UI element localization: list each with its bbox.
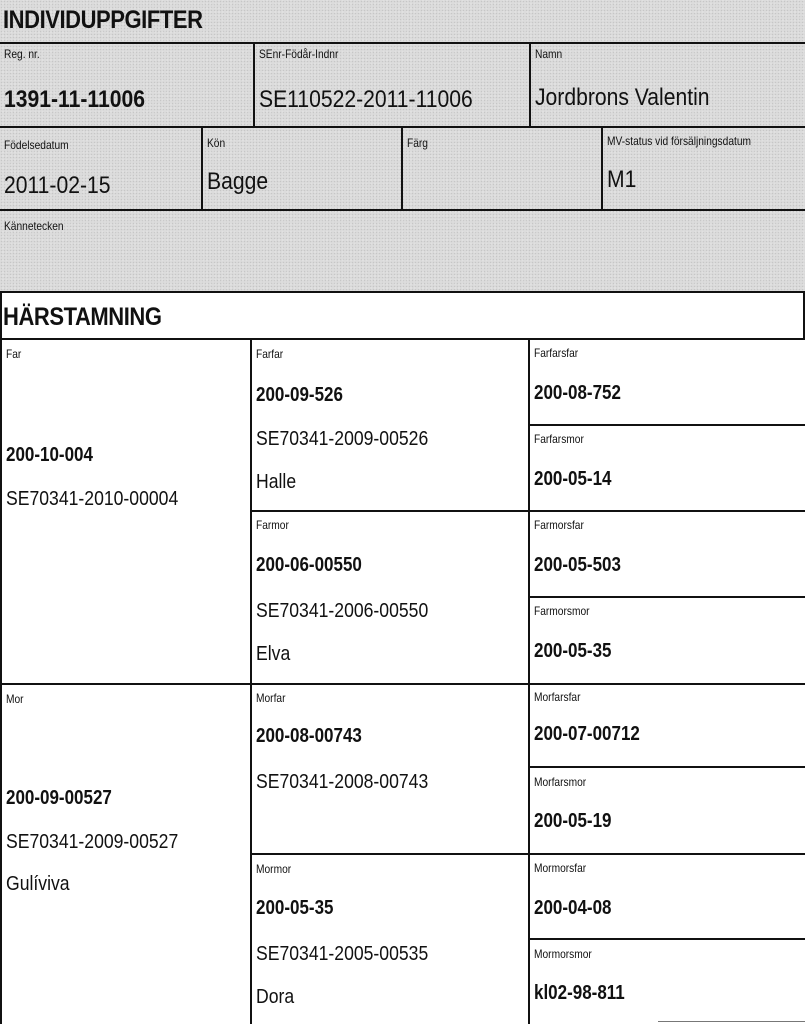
farmorsmor-label: Farmorsmor — [534, 604, 590, 618]
fodelsedatum-label: Födelsedatum — [4, 138, 69, 152]
farmorsfar-cell: Farmorsfar 200-05-503 — [530, 512, 805, 596]
farfar-cell: Farfar 200-09-526 SE70341-2009-00526 Hal… — [252, 340, 528, 510]
morfar-id: 200-08-00743 — [256, 725, 362, 748]
farfarsmor-id: 200-05-14 — [534, 468, 612, 491]
mormorsfar-label: Mormorsfar — [534, 861, 586, 875]
farfarsmor-cell: Farfarsmor 200-05-14 — [530, 426, 805, 510]
senr-label: SEnr-Födår-Indnr — [259, 47, 338, 61]
morfarsmor-cell: Morfarsmor 200-05-19 — [530, 768, 805, 853]
kon-label: Kön — [207, 136, 225, 150]
kon-value: Bagge — [207, 168, 268, 196]
mormor-name: Dora — [256, 986, 294, 1009]
far-cell: Far 200-10-004 SE70341-2010-00004 — [2, 340, 250, 683]
morfarsmor-id: 200-05-19 — [534, 810, 612, 833]
mormor-senr: SE70341-2005-00535 — [256, 943, 428, 966]
farfarsfar-id: 200-08-752 — [534, 382, 621, 405]
morfar-label: Morfar — [256, 691, 285, 705]
morfarsfar-label: Morfarsfar — [534, 690, 580, 704]
farfar-id: 200-09-526 — [256, 384, 343, 407]
far-label: Far — [6, 347, 21, 361]
reg-nr-label: Reg. nr. — [4, 47, 40, 61]
individ-heading: INDIVIDUPPGIFTER — [3, 6, 203, 35]
mormorsmor-label: Mormorsmor — [534, 947, 592, 961]
farmorsmor-id: 200-05-35 — [534, 640, 612, 663]
mormor-id: 200-05-35 — [256, 897, 334, 920]
mv-status-value: M1 — [607, 166, 636, 194]
fodelsedatum-value: 2011-02-15 — [4, 172, 110, 200]
reg-nr-field: Reg. nr. 1391-11-11006 — [0, 44, 254, 126]
farmor-label: Farmor — [256, 518, 289, 532]
mormor-cell: Mormor 200-05-35 SE70341-2005-00535 Dora — [252, 855, 528, 1024]
farmorsfar-label: Farmorsfar — [534, 518, 584, 532]
mv-status-label: MV-status vid försäljningsdatum — [607, 134, 751, 148]
kannetecken-label: Kännetecken — [4, 219, 64, 233]
mormorsmor-cell: Mormorsmor kl02-98-811 — [530, 940, 805, 1024]
kon-field: Kön Bagge — [203, 128, 401, 210]
far-id: 200-10-004 — [6, 444, 93, 467]
reg-nr-value: 1391-11-11006 — [4, 86, 145, 114]
mormorsmor-id: kl02-98-811 — [534, 982, 625, 1005]
farfarsmor-label: Farfarsmor — [534, 432, 584, 446]
farmorsmor-cell: Farmorsmor 200-05-35 — [530, 598, 805, 683]
senr-field: SEnr-Födår-Indnr SE110522-2011-11006 — [255, 44, 529, 126]
farmor-cell: Farmor 200-06-00550 SE70341-2006-00550 E… — [252, 512, 528, 683]
senr-value: SE110522-2011-11006 — [259, 86, 473, 114]
mormorsfar-cell: Mormorsfar 200-04-08 — [530, 855, 805, 938]
mor-name: Gulíviva — [6, 873, 70, 896]
mor-id: 200-09-00527 — [6, 787, 112, 810]
namn-field: Namn Jordbrons Valentin — [531, 44, 805, 126]
divider — [658, 1021, 805, 1022]
namn-value: Jordbrons Valentin — [535, 84, 710, 112]
namn-label: Namn — [535, 47, 562, 61]
far-senr: SE70341-2010-00004 — [6, 488, 178, 511]
morfar-senr: SE70341-2008-00743 — [256, 771, 428, 794]
morfar-cell: Morfar 200-08-00743 SE70341-2008-00743 — [252, 685, 528, 853]
farfar-senr: SE70341-2009-00526 — [256, 428, 428, 451]
mormorsfar-id: 200-04-08 — [534, 897, 612, 920]
morfarsmor-label: Morfarsmor — [534, 775, 586, 789]
farmor-name: Elva — [256, 643, 290, 666]
divider — [0, 291, 805, 293]
mv-status-field: MV-status vid försäljningsdatum M1 — [603, 128, 805, 210]
fodelsedatum-field: Födelsedatum 2011-02-15 — [0, 128, 201, 210]
harstamning-heading: HÄRSTAMNING — [3, 303, 162, 332]
farg-field: Färg — [403, 128, 601, 210]
farfar-name: Halle — [256, 471, 296, 494]
farfarsfar-cell: Farfarsfar 200-08-752 — [530, 340, 805, 424]
mor-cell: Mor 200-09-00527 SE70341-2009-00527 Gulí… — [2, 685, 250, 1024]
farmor-id: 200-06-00550 — [256, 554, 362, 577]
mor-label: Mor — [6, 692, 24, 706]
farfar-label: Farfar — [256, 347, 283, 361]
morfarsfar-cell: Morfarsfar 200-07-00712 — [530, 685, 805, 766]
farg-label: Färg — [407, 136, 428, 150]
farmor-senr: SE70341-2006-00550 — [256, 600, 428, 623]
farmorsfar-id: 200-05-503 — [534, 554, 621, 577]
morfarsfar-id: 200-07-00712 — [534, 723, 640, 746]
farfarsfar-label: Farfarsfar — [534, 346, 578, 360]
kannetecken-field: Kännetecken — [0, 211, 805, 291]
mor-senr: SE70341-2009-00527 — [6, 831, 178, 854]
mormor-label: Mormor — [256, 862, 291, 876]
